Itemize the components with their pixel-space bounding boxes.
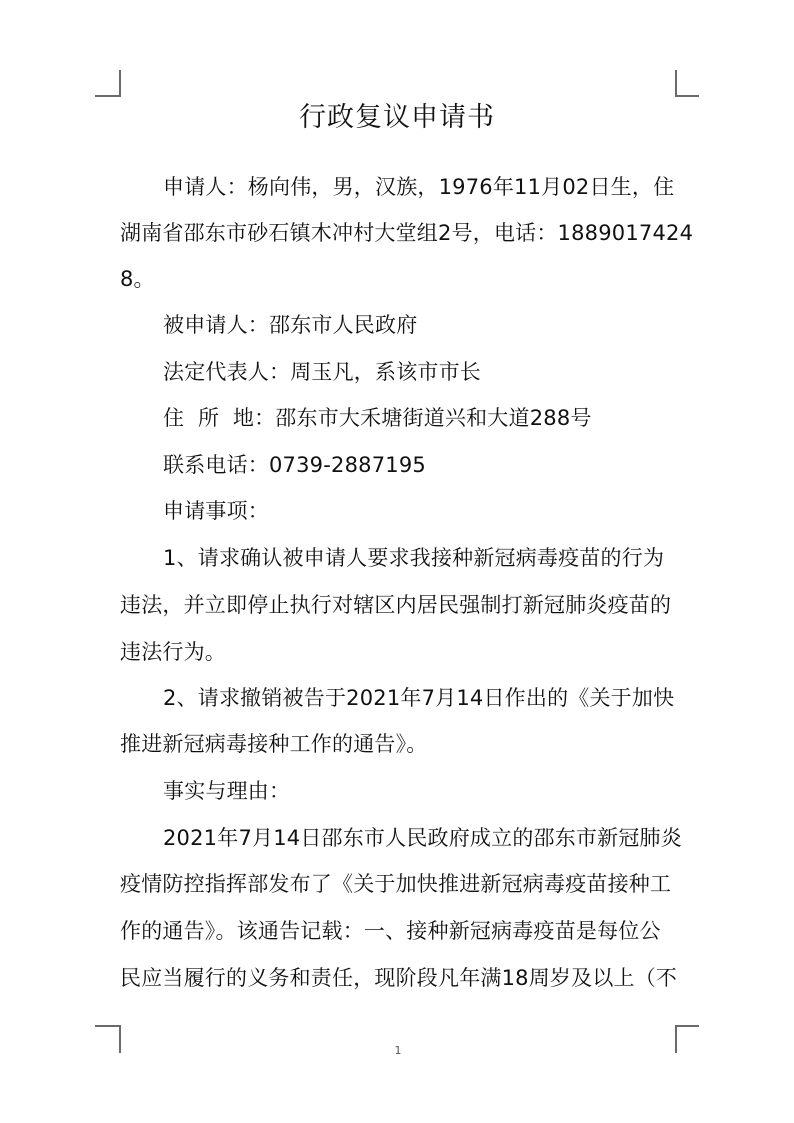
document-title: 行政复议申请书: [0, 98, 794, 138]
facts-line-3: 作的通告》。该通告记载：一、接种新冠病毒疫苗是每位公: [120, 916, 678, 946]
request-2-line-2: 推进新冠病毒接种工作的通告》。: [120, 729, 678, 759]
request-1-line-3: 违法行为。: [120, 637, 678, 667]
request-2-line-1: 2、请求撤销被告于2021年7月14日作出的《关于加快: [163, 683, 678, 713]
facts-line-2: 疫情防控指挥部发布了《关于加快推进新冠病毒疫苗接种工: [120, 869, 678, 899]
facts-line-4: 民应当履行的义务和责任，现阶段凡年满18周岁及以上（不: [120, 963, 678, 993]
facts-line-1: 2021年7月14日邵东市人民政府成立的邵东市新冠肺炎: [163, 823, 678, 853]
request-1-line-2: 违法，并立即停止执行对辖区内居民强制打新冠肺炎疫苗的: [120, 590, 678, 620]
applicant-line-1: 申请人：杨向伟，男，汉族，1976年11月02日生，住: [163, 172, 678, 202]
applicant-line-2: 湖南省邵东市砂石镇木冲村大堂组2号，电话：1889017424: [120, 218, 678, 248]
request-1-line-1: 1、请求确认被申请人要求我接种新冠病毒疫苗的行为: [163, 543, 678, 573]
section-heading-requests: 申请事项：: [163, 496, 678, 526]
page-number: 1: [392, 1044, 404, 1057]
respondent-address-line: 住 所 地：邵东市大禾塘街道兴和大道288号: [163, 403, 678, 433]
section-heading-facts: 事实与理由：: [163, 776, 678, 806]
respondent-line: 被申请人：邵东市人民政府: [163, 310, 678, 340]
legal-representative-line: 法定代表人：周玉凡，系该市市长: [163, 357, 678, 387]
applicant-line-3: 8。: [120, 264, 678, 294]
respondent-phone-line: 联系电话：0739-2887195: [163, 450, 678, 480]
